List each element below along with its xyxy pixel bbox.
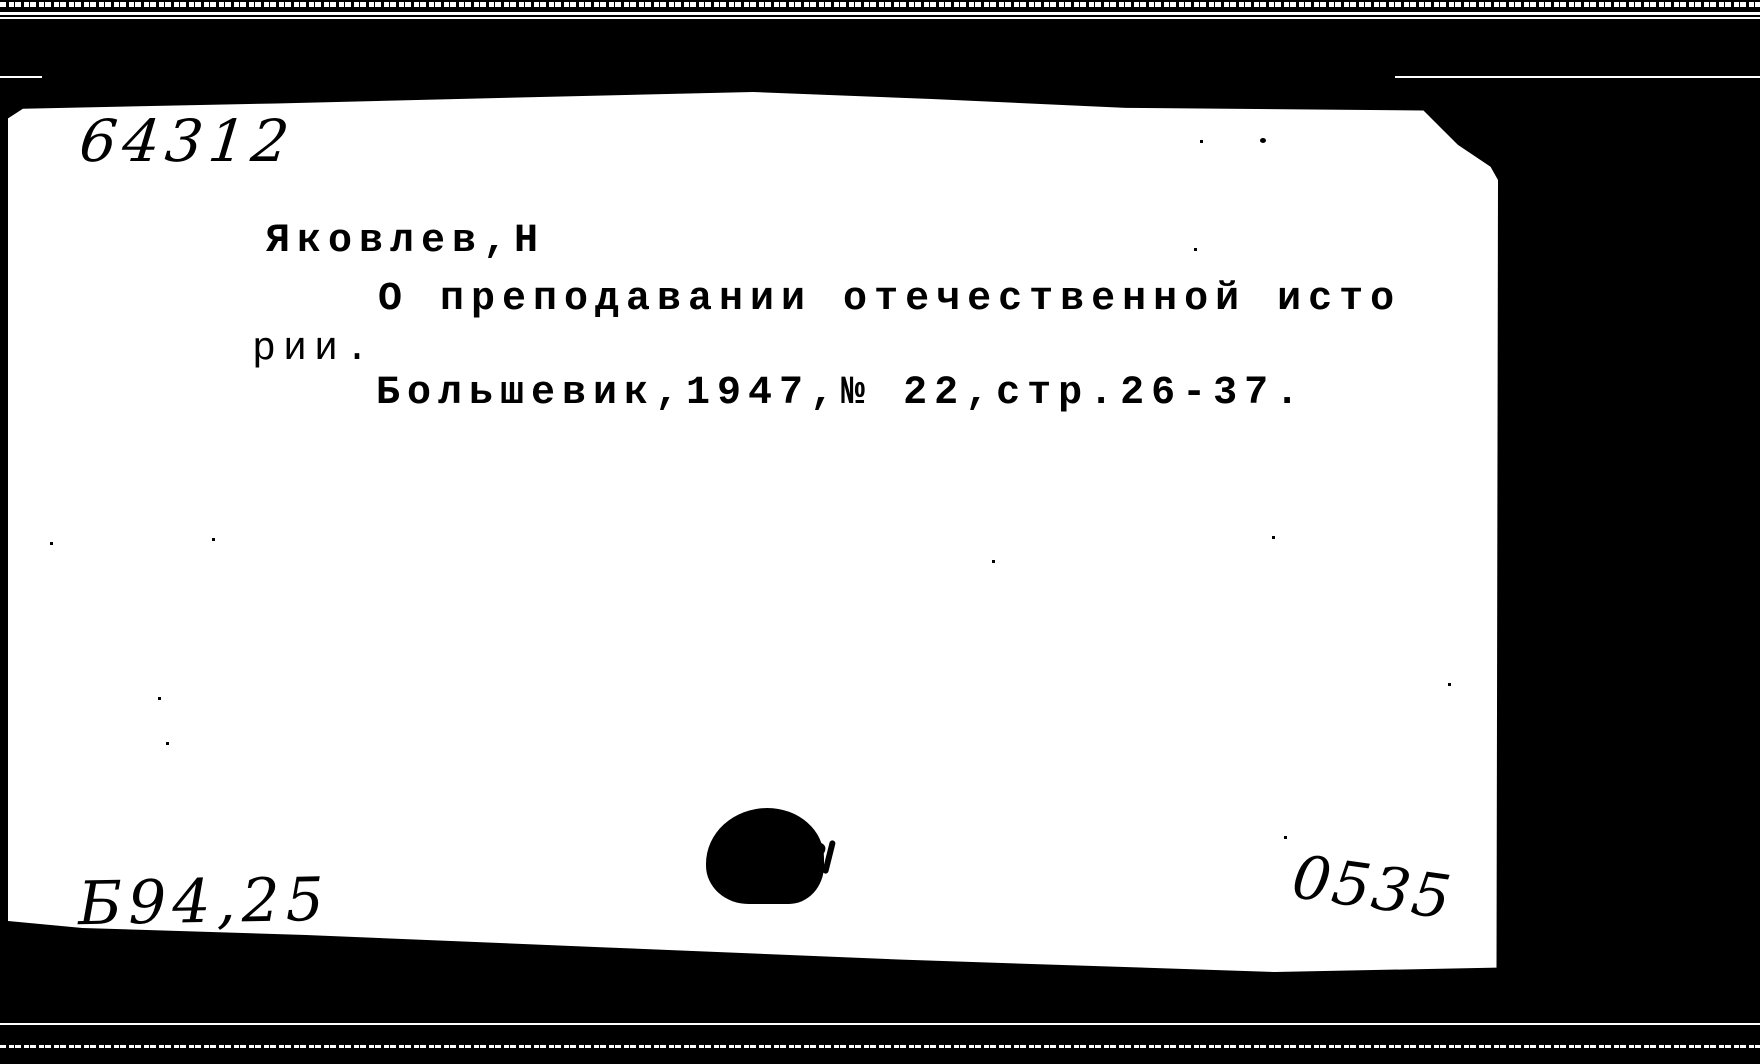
speck bbox=[158, 697, 161, 700]
speck bbox=[50, 542, 53, 545]
speck bbox=[212, 538, 215, 541]
speck bbox=[1448, 683, 1451, 686]
speck bbox=[1284, 836, 1287, 839]
speck bbox=[166, 742, 169, 745]
speck bbox=[992, 560, 995, 563]
film-edge-left bbox=[0, 76, 42, 78]
scan-border-top-rule-2 bbox=[0, 17, 1760, 19]
title-line-1: О преподавании отечественной исто bbox=[378, 280, 1401, 320]
scan-border-bottom bbox=[0, 1045, 1760, 1048]
shelfmark: Б94,25 bbox=[77, 870, 330, 934]
scan-border-bottom-rule bbox=[0, 1023, 1760, 1025]
speck bbox=[1194, 248, 1197, 251]
speck bbox=[1272, 536, 1275, 539]
title-line-2: рии. bbox=[252, 330, 376, 370]
author-name: Яковлев,Н bbox=[266, 222, 545, 262]
speck bbox=[1260, 138, 1266, 143]
film-edge-right bbox=[1395, 76, 1760, 78]
source-citation: Большевик,1947,№ 22,стр.26-37. bbox=[376, 374, 1306, 414]
accession-number: 64312 bbox=[77, 112, 298, 170]
scan-border-top-rule bbox=[0, 12, 1760, 15]
scan-border-top bbox=[0, 2, 1760, 7]
speck bbox=[1200, 140, 1203, 143]
